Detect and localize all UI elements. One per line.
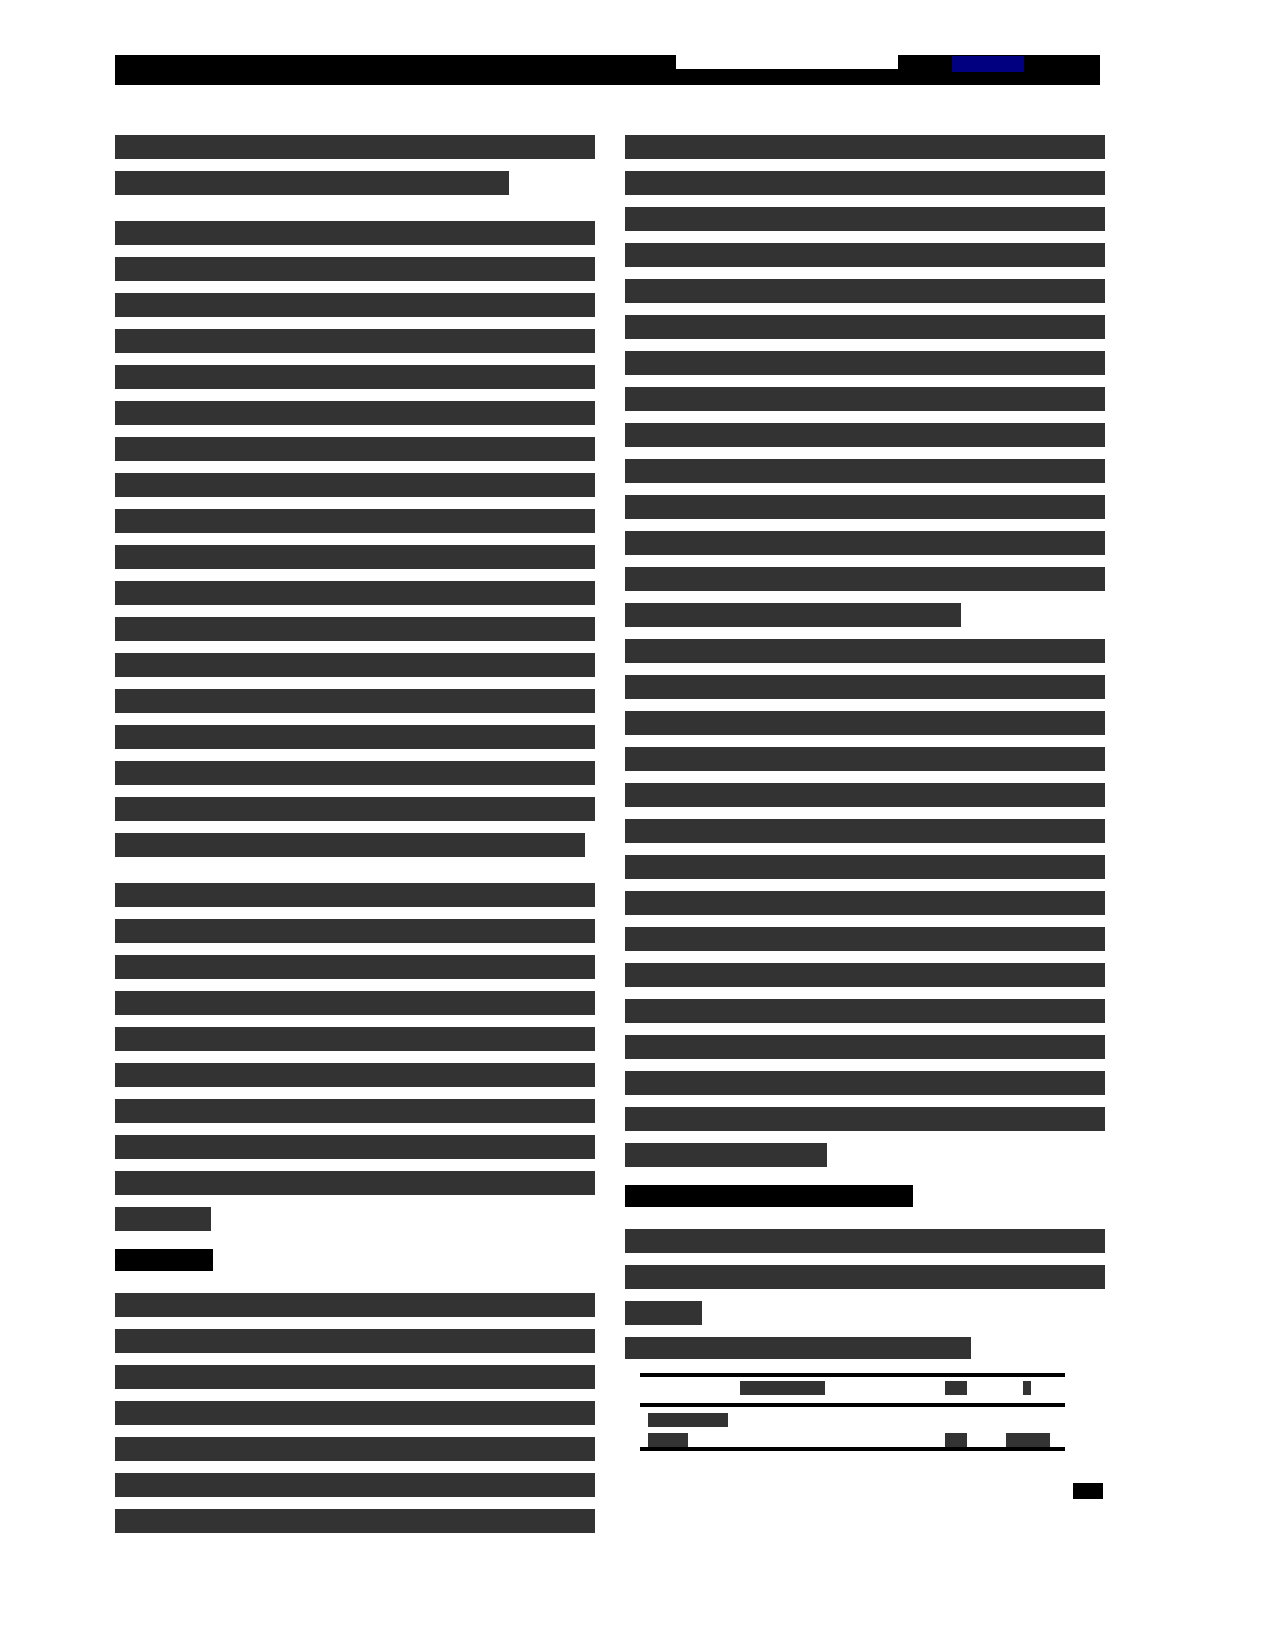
text-line bbox=[625, 423, 1105, 447]
text-line bbox=[115, 437, 595, 461]
text-line bbox=[625, 1229, 1105, 1253]
text-line bbox=[625, 891, 1105, 915]
text-line bbox=[625, 783, 1105, 807]
text-line bbox=[625, 495, 1105, 519]
text-line bbox=[115, 1293, 595, 1317]
text-line bbox=[115, 365, 595, 389]
text-line bbox=[625, 927, 1105, 951]
text-line bbox=[625, 1265, 1105, 1289]
subsection-heading bbox=[625, 1185, 913, 1207]
table-bottom-rule bbox=[640, 1447, 1065, 1451]
text-line bbox=[115, 991, 595, 1015]
text-line bbox=[115, 1063, 595, 1087]
text-line bbox=[625, 459, 1105, 483]
right-column bbox=[625, 135, 1105, 1451]
text-line bbox=[625, 531, 1105, 555]
text-line bbox=[115, 883, 595, 907]
text-line bbox=[625, 567, 1105, 591]
text-line bbox=[625, 819, 1105, 843]
text-line bbox=[115, 833, 585, 857]
text-line bbox=[625, 243, 1105, 267]
text-line bbox=[625, 675, 1105, 699]
text-line bbox=[115, 257, 595, 281]
text-line bbox=[115, 545, 595, 569]
text-line bbox=[625, 963, 1105, 987]
text-line bbox=[115, 1171, 595, 1195]
text-line bbox=[115, 329, 595, 353]
text-line bbox=[115, 797, 595, 821]
text-line bbox=[115, 509, 595, 533]
text-line bbox=[625, 207, 1105, 231]
text-line bbox=[115, 1437, 595, 1461]
text-line bbox=[625, 1035, 1105, 1059]
doi-link[interactable] bbox=[952, 56, 1024, 72]
text-line bbox=[625, 171, 1105, 195]
text-line bbox=[115, 1135, 595, 1159]
text-line bbox=[115, 1365, 595, 1389]
text-line bbox=[115, 653, 595, 677]
text-line bbox=[115, 1207, 211, 1231]
table-header-cell bbox=[1023, 1381, 1031, 1395]
text-line bbox=[115, 293, 595, 317]
text-line bbox=[115, 955, 595, 979]
text-line bbox=[115, 473, 595, 497]
text-line bbox=[625, 351, 1105, 375]
text-line bbox=[115, 1473, 595, 1497]
text-line bbox=[625, 387, 1105, 411]
table-header-cell bbox=[945, 1381, 967, 1395]
text-line bbox=[115, 1329, 595, 1353]
text-line bbox=[115, 1509, 595, 1533]
text-line bbox=[115, 401, 595, 425]
data-table bbox=[640, 1373, 1065, 1451]
subheading-line bbox=[625, 1143, 827, 1167]
paragraph-gap bbox=[115, 869, 595, 883]
page-number bbox=[1073, 1483, 1103, 1499]
paragraph-gap bbox=[115, 207, 595, 221]
text-line bbox=[115, 761, 595, 785]
header-gap bbox=[676, 55, 898, 69]
text-line bbox=[115, 221, 595, 245]
left-column bbox=[115, 135, 595, 1545]
text-line bbox=[115, 725, 595, 749]
section-heading bbox=[115, 1249, 213, 1271]
text-line bbox=[115, 689, 595, 713]
text-line bbox=[625, 279, 1105, 303]
table-cell bbox=[648, 1433, 688, 1447]
text-line bbox=[115, 135, 595, 159]
text-line bbox=[115, 581, 595, 605]
text-line bbox=[115, 171, 509, 195]
table-body bbox=[640, 1407, 1065, 1447]
text-line bbox=[625, 1301, 702, 1325]
text-line bbox=[625, 315, 1105, 339]
text-line bbox=[115, 919, 595, 943]
table-header-cell bbox=[740, 1381, 825, 1395]
text-line bbox=[625, 1071, 1105, 1095]
text-line bbox=[625, 855, 1105, 879]
table-header-row bbox=[640, 1377, 1065, 1403]
table-cell bbox=[945, 1433, 967, 1447]
text-line bbox=[625, 711, 1105, 735]
table-caption bbox=[625, 1337, 971, 1359]
text-line bbox=[625, 747, 1105, 771]
text-line bbox=[625, 639, 1105, 663]
text-line bbox=[115, 1099, 595, 1123]
table-cell bbox=[648, 1413, 728, 1427]
table-cell bbox=[1006, 1433, 1050, 1447]
text-line bbox=[625, 1107, 1105, 1131]
text-line bbox=[625, 999, 1105, 1023]
text-line bbox=[625, 135, 1105, 159]
text-line bbox=[115, 1401, 595, 1425]
text-line bbox=[115, 617, 595, 641]
text-line bbox=[625, 603, 961, 627]
text-line bbox=[115, 1027, 595, 1051]
